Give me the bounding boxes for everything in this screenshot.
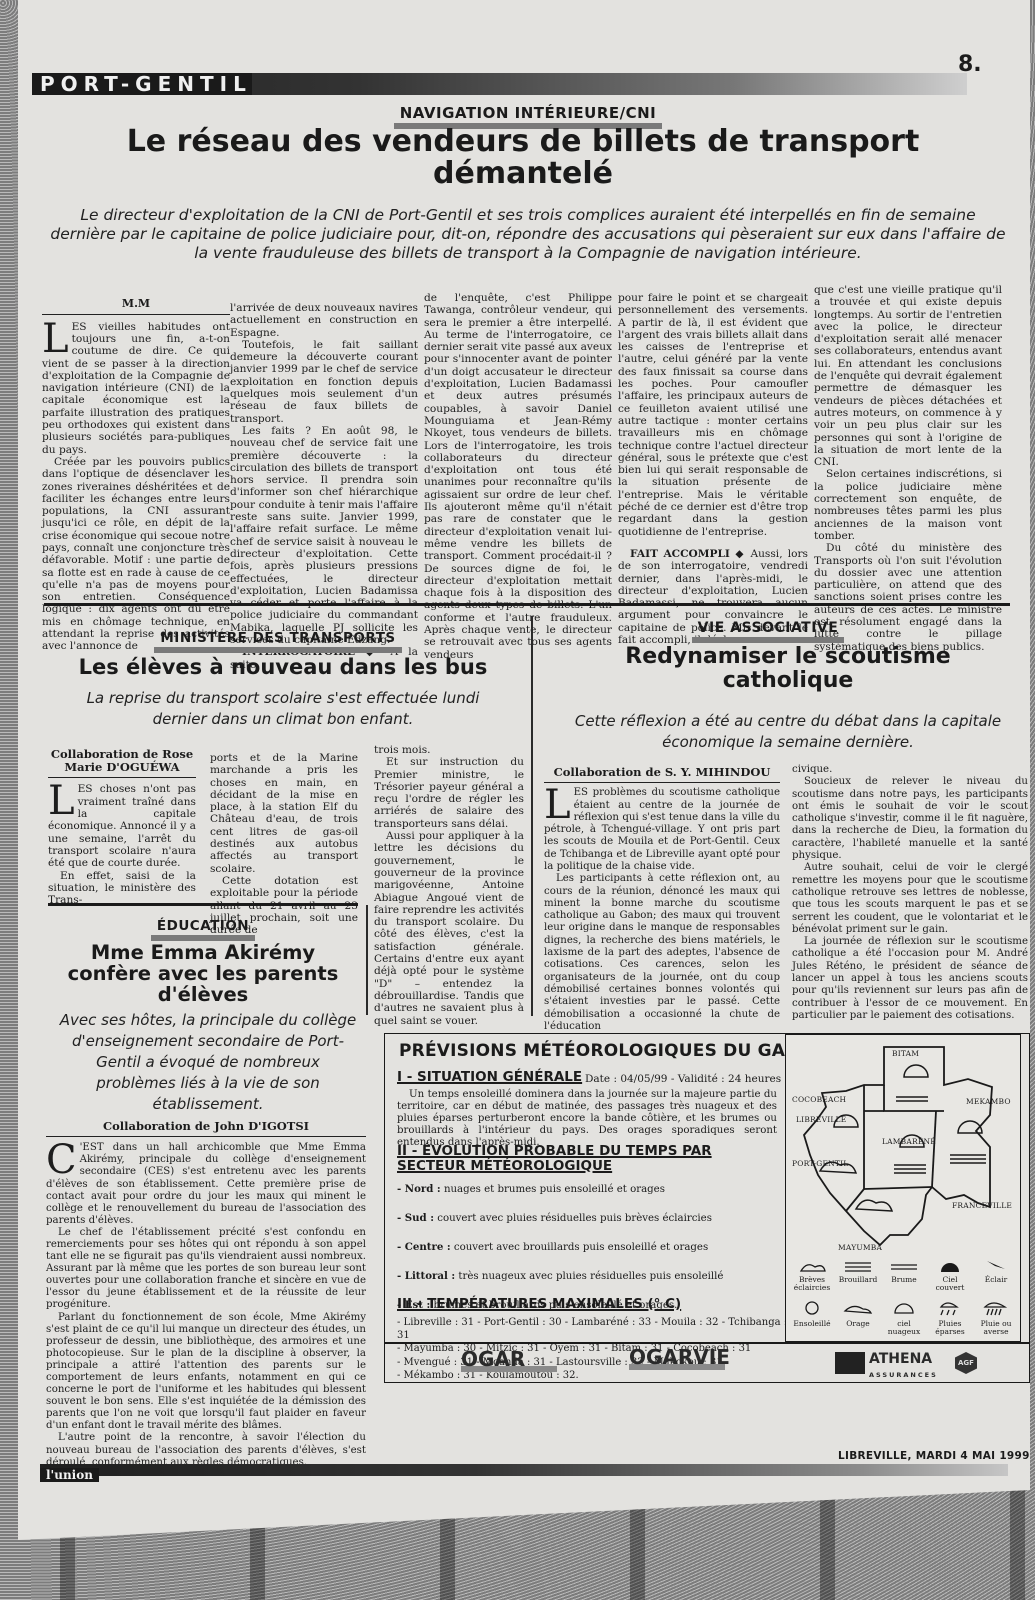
legend-pluies-eparses: Pluies éparses: [928, 1299, 972, 1337]
map-label-lambarene: LAMBARÉNÉ: [882, 1135, 936, 1149]
eclair-icon: [981, 1257, 1011, 1273]
gabon-weather-map: BITAM COCOBEACH LIBREVILLE PORT-GENTIL L…: [785, 1034, 1021, 1342]
legend-brouillard: Brouillard: [836, 1257, 880, 1284]
column-divider: [531, 616, 533, 1016]
subhead-fait-accompli: FAIT ACCOMPLI ◆: [630, 548, 745, 560]
map-label-libreville: LIBREVILLE: [796, 1113, 846, 1127]
legend-ciel-couvert: Ciel couvert: [928, 1257, 972, 1293]
ciel-couvert-icon: [935, 1257, 965, 1273]
scouting-column-2: civique. Soucieux de relever le niveau d…: [792, 764, 1028, 1022]
lead-headline: Le réseau des vendeurs de billets de tra…: [78, 126, 968, 191]
breves-eclaircies-icon: [797, 1257, 827, 1273]
legend-eclair: Éclair: [974, 1257, 1018, 1284]
education-body: Collaboration de John D'IGOTSI C 'EST da…: [46, 1120, 366, 1469]
transport-column-3: trois mois. Et sur instruction du Premie…: [374, 744, 524, 1027]
athena-logo-icon: [835, 1352, 865, 1374]
scouting-kicker: VIE ASSOCIATIVE: [658, 620, 878, 643]
legend-brume: Brume: [882, 1257, 926, 1284]
ad-athena[interactable]: ATHENA ASSURANCES AGF: [835, 1350, 985, 1378]
education-headline: Mme Emma Akirémy confère avec les parent…: [48, 942, 358, 1005]
page-number: 8.: [958, 52, 982, 77]
ciel-nuageux-icon: [889, 1299, 919, 1317]
education-kicker: ÉDUCATION: [128, 918, 278, 941]
education-deck: Avec ses hôtes, la principale du collège…: [58, 1010, 358, 1115]
column-divider: [366, 905, 368, 1015]
ad-divider: [384, 1342, 1030, 1344]
newspaper-page: PORT-GENTIL 8. NAVIGATION INTÉRIEURE/CNI…: [18, 0, 1030, 1540]
footer-band: l'union: [40, 1464, 1008, 1476]
ensoleille-icon: [797, 1299, 827, 1317]
temperature-list: - Libreville : 31 - Port-Gentil : 30 - L…: [397, 1316, 797, 1382]
scouting-deck: Cette réflexion a été au centre du débat…: [548, 711, 1028, 753]
lead-column-5: que c'est une vieille pratique qu'il a t…: [814, 284, 1002, 653]
weather-section-3-title: III - TEMPÉRATURES MAXIMALES (° C): [397, 1297, 681, 1312]
legend-breves-eclaircies: Brèves éclaircies: [790, 1257, 834, 1293]
brouillard-icon: [843, 1257, 873, 1273]
brume-icon: [889, 1257, 919, 1273]
dateline: LIBREVILLE, MARDI 4 MAI 1999: [838, 1450, 1030, 1462]
education-byline: Collaboration de John D'IGOTSI: [46, 1120, 366, 1137]
sector-littoral: - Littoral : très nuageux avec pluies ré…: [397, 1269, 777, 1298]
scouting-headline: Redynamiser le scoutisme catholique: [563, 645, 1013, 693]
map-label-cocobeach: COCOBEACH: [792, 1093, 846, 1107]
lead-deck: Le directeur d'exploitation de la CNI de…: [48, 206, 1008, 263]
legend-pluie-averse: Pluie ou averse: [974, 1299, 1018, 1337]
gabon-map-outline: [786, 1035, 1022, 1267]
weather-date: Date : 04/05/99 - Validité : 24 heures: [585, 1072, 781, 1086]
lead-byline: M.M: [42, 298, 230, 315]
pluie-averse-icon: [981, 1299, 1011, 1317]
pluies-eparses-icon: [935, 1299, 965, 1317]
footer-logo: l'union: [40, 1468, 99, 1482]
legend-ensoleille: Ensoleillé: [790, 1299, 834, 1328]
lead-column-2: l'arrivée de deux nouveaux navires actue…: [230, 302, 418, 671]
sector-sud: - Sud : couvert avec pluies résiduelles …: [397, 1211, 777, 1240]
section-label: PORT-GENTIL: [32, 73, 252, 95]
transport-deck: La reprise du transport scolaire s'est e…: [58, 688, 508, 730]
legend-orage: Orage: [836, 1299, 880, 1328]
sector-centre: - Centre : couvert avec brouillards puis…: [397, 1240, 777, 1269]
lead-column-4: pour faire le point et se chargeait pers…: [618, 292, 808, 646]
transport-kicker: MINISTERE DES TRANSPORTS: [148, 630, 408, 653]
education-divider: [48, 903, 358, 906]
weather-section-2-title: II - ÉVOLUTION PROBABLE DU TEMPS PAR SEC…: [397, 1144, 777, 1174]
ad-ogar[interactable]: OGAR: [461, 1352, 557, 1372]
ad-ogarvie[interactable]: OGARVIE: [629, 1350, 730, 1370]
map-label-bitam: BITAM: [892, 1047, 919, 1061]
weather-situation: Un temps ensoleillé dominera dans la jou…: [397, 1089, 777, 1149]
orage-icon: [843, 1299, 873, 1317]
weather-box: PRÉVISIONS MÉTÉOROLOGIQUES DU GABON I - …: [384, 1033, 1030, 1383]
agf-logo-icon: AGF: [955, 1352, 977, 1374]
map-label-franceville: FRANCEVILLE: [952, 1199, 1012, 1213]
legend-ciel-nuageux: ciel nuageux: [882, 1299, 926, 1337]
scouting-column-1: Collaboration de S. Y. MIHINDOU L ES pro…: [544, 766, 780, 1033]
transport-column-1: Collaboration de Rose Marie D'OGUÉWA L E…: [48, 748, 196, 906]
map-label-port-gentil: PORT-GENTIL: [792, 1157, 848, 1171]
weather-title: PRÉVISIONS MÉTÉOROLOGIQUES DU GABON: [399, 1044, 827, 1058]
transport-byline: Collaboration de Rose Marie D'OGUÉWA: [48, 748, 196, 778]
dropcap: L: [42, 322, 69, 356]
weather-section-1-title: I - SITUATION GÉNÉRALE: [397, 1070, 582, 1085]
lead-column-1: M.M L ES vieilles habitudes ont toujours…: [42, 298, 230, 653]
sector-nord: - Nord : nuages et brumes puis ensoleill…: [397, 1182, 777, 1211]
transport-headline: Les élèves à nouveau dans les bus: [58, 656, 508, 679]
section-band: PORT-GENTIL: [32, 73, 967, 95]
map-label-mekambo: MEKAMBO: [966, 1095, 1011, 1109]
map-label-mayumba: MAYUMBA: [838, 1241, 882, 1255]
section-divider: [44, 603, 1010, 606]
scouting-byline: Collaboration de S. Y. MIHINDOU: [544, 766, 780, 783]
transport-column-2: ports et de la Marine marchande a pris l…: [210, 752, 358, 936]
